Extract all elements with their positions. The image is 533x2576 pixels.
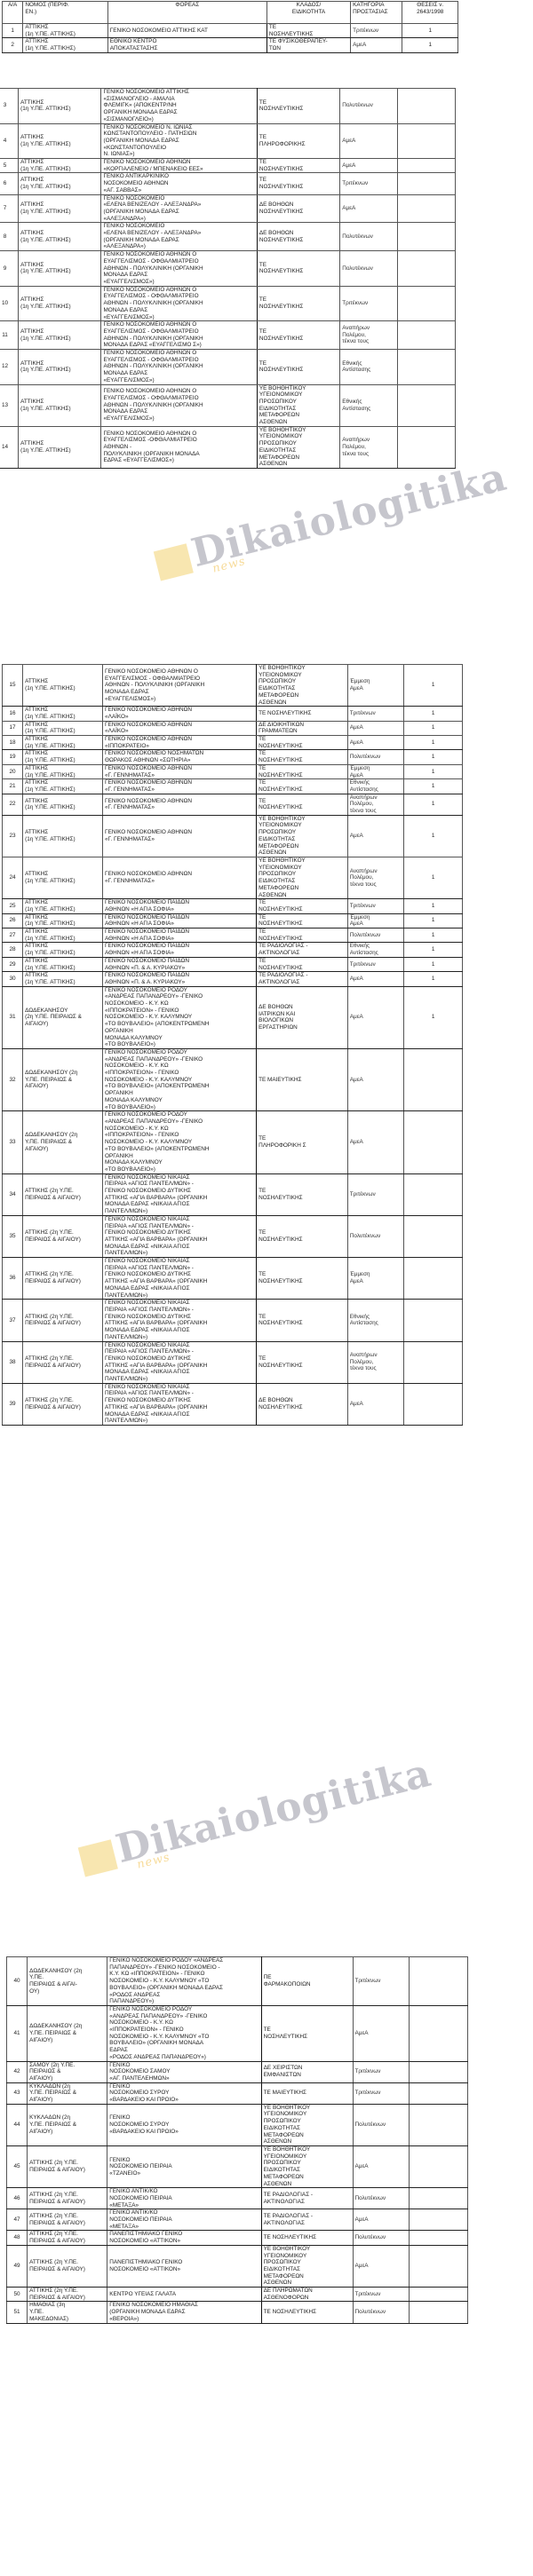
table-row: 36ΑΤΤΙΚΗΣ (2η Υ.ΠΕ. ΠΕΙΡΑΙΩΣ & ΑΙΓΑΙΟΥ)Γ… xyxy=(3,1258,463,1300)
cell-theseis: 1 xyxy=(404,707,463,721)
cell-nomos: ΑΤΤΙΚΗΣ (1η Υ.ΠΕ. ΑΤΤΙΚΗΣ) xyxy=(23,928,103,943)
cell-katigoria: ΑμεΑ xyxy=(340,194,397,223)
cell-theseis xyxy=(410,2188,468,2209)
cell-klados: ΤΕ ΝΟΣΗΛΕΥΤΙΚΗΣ xyxy=(257,707,348,721)
cell-katigoria: Εθνικής Αντίστασης xyxy=(347,1300,403,1341)
cell-foreas: ΕΘΝΙΚΟ ΚΕΝΤΡΟ ΑΠΟΚΑΤΑΣΤΑΣΗΣ xyxy=(107,38,266,52)
cell-foreas: ΓΕΝΙΚΟ ΑΝΤΙΚ/ΚΟ ΝΟΣΟΚΟΜΕΙΟ ΠΕΙΡΑΙΑ «ΜΕΤΑ… xyxy=(107,2209,261,2231)
cell-aa: 28 xyxy=(3,943,23,957)
cell-aa: 15 xyxy=(3,665,23,707)
cell-nomos: ΑΤΤΙΚΗΣ (1η Υ.ΠΕ. ΑΤΤΙΚΗΣ) xyxy=(23,899,103,913)
cell-foreas: ΓΕΝΙΚΟ ΝΟΣΟΚΟΜΕΙΟ ΑΘΗΝΩΝ Ο ΕΥΑΓΓΕΛΙΣΜΟΣ … xyxy=(101,321,257,350)
cell-aa: 22 xyxy=(3,794,23,815)
table-row: 40ΔΩΔΕΚΑΝΗΣΟΥ (2η Υ.ΠΕ. ΠΕΙΡΑΙΩΣ & ΑΙΓΑΙ… xyxy=(7,1957,468,2006)
cell-aa: 5 xyxy=(0,159,19,173)
table-row: 37ΑΤΤΙΚΗΣ (2η Υ.ΠΕ. ΠΕΙΡΑΙΩΣ & ΑΙΓΑΙΟΥ)Γ… xyxy=(3,1300,463,1341)
cell-nomos: ΑΤΤΙΚΗΣ (1η Υ.ΠΕ. ΑΤΤΙΚΗΣ) xyxy=(23,957,103,971)
cell-klados: ΤΕ ΝΟΣΗΛΕΥΤΙΚΗΣ xyxy=(257,899,348,913)
cell-theseis: 1 xyxy=(404,764,463,778)
cell-aa: 4 xyxy=(0,123,19,159)
cell-theseis: 1 xyxy=(404,913,463,928)
cell-katigoria: Πολυτέκνων xyxy=(340,223,397,251)
table-row: 29ΑΤΤΙΚΗΣ (1η Υ.ΠΕ. ΑΤΤΙΚΗΣ)ΓΕΝΙΚΟ ΝΟΣΟΚ… xyxy=(3,957,463,971)
cell-klados: ΔΕ ΒΟΗΘΩΝ ΙΑΤΡΙΚΩΝ ΚΑΙ ΒΙΟΛΟΓΙΚΩΝ ΕΡΓΑΣΤ… xyxy=(257,986,348,1048)
table-row: 12ΑΤΤΙΚΗΣ (1η Υ.ΠΕ. ΑΤΤΙΚΗΣ)ΓΕΝΙΚΟ ΝΟΣΟΚ… xyxy=(0,350,456,385)
table-row: 16ΑΤΤΙΚΗΣ (1η Υ.ΠΕ. ΑΤΤΙΚΗΣ)ΓΕΝΙΚΟ ΝΟΣΟΚ… xyxy=(3,707,463,721)
cell-theseis: 1 xyxy=(404,972,463,986)
table-row: 27ΑΤΤΙΚΗΣ (1η Υ.ΠΕ. ΑΤΤΙΚΗΣ)ΓΕΝΙΚΟ ΝΟΣΟΚ… xyxy=(3,928,463,943)
table-row: 17ΑΤΤΙΚΗΣ (1η Υ.ΠΕ. ΑΤΤΙΚΗΣ)ΓΕΝΙΚΟ ΝΟΣΟΚ… xyxy=(3,721,463,735)
cell-foreas: ΓΕΝΙΚΟ ΝΟΣΟΚΟΜΕΙΟ ΑΘΗΝΩΝ «ΙΠΠΟΚΡΑΤΕΙΟ» xyxy=(103,736,257,750)
cell-foreas: ΓΕΝΙΚΟ ΝΟΣΟΚΟΜΕΙΟ ΝΙΚΑΙΑΣ ΠΕΙΡΑΙΑ «ΑΓΙΟΣ… xyxy=(103,1215,257,1257)
table-row: 45ΑΤΤΙΚΗΣ (2η Υ.ΠΕ. ΠΕΙΡΑΙΩΣ & ΑΙΓΑΙΟΥ)Γ… xyxy=(7,2145,468,2187)
cell-foreas: ΓΕΝΙΚΟ ΝΟΣΟΚΟΜΕΙΟ ΝΙΚΑΙΑΣ ΠΕΙΡΑΙΑ «ΑΓΙΟΣ… xyxy=(103,1341,257,1383)
cell-klados: ΤΕ ΡΑΔΙΟΛΟΓΙΑΣ - ΑΚΤΙΝΟΛΟΓΙΑΣ xyxy=(261,2209,353,2231)
table-row: 3ΑΤΤΙΚΗΣ (1η Υ.ΠΕ. ΑΤΤΙΚΗΣ)ΓΕΝΙΚΟ ΝΟΣΟΚΟ… xyxy=(0,89,456,124)
cell-nomos: ΚΥΚΛΑΔΩΝ (2η Υ.ΠΕ. ΠΕΙΡΑΙΩΣ & ΑΙΓΑΙΟΥ) xyxy=(28,2082,107,2104)
cell-nomos: ΔΩΔΕΚΑΝΗΣΟΥ (2η Υ.ΠΕ. ΠΕΙΡΑΙΩΣ & ΑΙΓΑΙΟΥ… xyxy=(23,1048,103,1110)
cell-theseis: 1 xyxy=(404,736,463,750)
cell-nomos: ΑΤΤΙΚΗΣ (1η Υ.ΠΕ. ΑΤΤΙΚΗΣ) xyxy=(19,286,101,321)
cell-theseis xyxy=(410,2145,468,2187)
table-row: 25ΑΤΤΙΚΗΣ (1η Υ.ΠΕ. ΑΤΤΙΚΗΣ)ΓΕΝΙΚΟ ΝΟΣΟΚ… xyxy=(3,899,463,913)
table-row: 47ΑΤΤΙΚΗΣ (2η Υ.ΠΕ. ΠΕΙΡΑΙΩΣ & ΑΙΓΑΙΟΥ)Γ… xyxy=(7,2209,468,2231)
cell-nomos: ΑΤΤΙΚΗΣ (2η Υ.ΠΕ. ΠΕΙΡΑΙΩΣ & ΑΙΓΑΙΟΥ) xyxy=(23,1300,103,1341)
table-row: 2ΑΤΤΙΚΗΣ (1η Υ.ΠΕ. ΑΤΤΙΚΗΣ)ΕΘΝΙΚΟ ΚΕΝΤΡΟ… xyxy=(3,38,458,52)
table-row: 33ΔΩΔΕΚΑΝΗΣΟΥ (2η Υ.ΠΕ. ΠΕΙΡΑΙΩΣ & ΑΙΓΑΙ… xyxy=(3,1111,463,1173)
cell-katigoria: Πολυτέκνων xyxy=(353,2104,410,2145)
cell-katigoria: ΑμεΑ xyxy=(353,2005,410,2061)
table-row: 26ΑΤΤΙΚΗΣ (1η Υ.ΠΕ. ΑΤΤΙΚΗΣ)ΓΕΝΙΚΟ ΝΟΣΟΚ… xyxy=(3,913,463,928)
cell-klados: ΤΕ ΦΥΣΙΚΟΘΕΡΑΠΕΥ- ΤΩΝ xyxy=(266,38,350,52)
header-foreas: ΦΟΡΕΑΣ xyxy=(107,2,266,24)
cell-aa: 1 xyxy=(3,24,23,38)
cell-katigoria: ΑμεΑ xyxy=(347,986,403,1048)
cell-nomos: ΗΜΑΘΙΑΣ (3η Υ.ΠΕ. ΜΑΚΕΔΟΝΙΑΣ) xyxy=(28,2302,107,2323)
cell-aa: 32 xyxy=(3,1048,23,1110)
cell-katigoria: Πολυτέκνων xyxy=(340,89,397,124)
cell-foreas: ΓΕΝΙΚΟ ΝΟΣΟΚΟΜΕΙΟ ΑΘΗΝΩΝ Ο ΕΥΑΓΓΕΛΙΣΜΟΣ … xyxy=(101,426,257,468)
cell-nomos: ΑΤΤΙΚΗΣ (1η Υ.ΠΕ. ΑΤΤΙΚΗΣ) xyxy=(23,736,103,750)
cell-katigoria: ΑμεΑ xyxy=(347,1048,403,1110)
cell-nomos: ΔΩΔΕΚΑΝΗΣΟΥ (2η Υ.ΠΕ. ΠΕΙΡΑΙΩΣ & ΑΙΓΑΙΟΥ… xyxy=(23,1111,103,1173)
cell-katigoria: ΑμεΑ xyxy=(347,736,403,750)
dikaiologitika-logo-icon xyxy=(154,543,194,581)
cell-katigoria: ΑμεΑ xyxy=(347,815,403,857)
cell-foreas: ΓΕΝΙΚΟ ΝΟΣΟΚΟΜΕΙΟ ΣΥΡΟΥ «ΒΑΡΔΑΚΕΙΟ ΚΑΙ Π… xyxy=(107,2104,261,2145)
table-row: 39ΑΤΤΙΚΗΣ (2η Υ.ΠΕ. ΠΕΙΡΑΙΩΣ & ΑΙΓΑΙΟΥ)Γ… xyxy=(3,1383,463,1425)
cell-nomos: ΑΤΤΙΚΗΣ (1η Υ.ΠΕ. ΑΤΤΙΚΗΣ) xyxy=(23,721,103,735)
cell-katigoria: Αναπήρων Πολέμου, τέκνα τους xyxy=(347,1341,403,1383)
cell-nomos: ΑΤΤΙΚΗΣ (1η Υ.ΠΕ. ΑΤΤΙΚΗΣ) xyxy=(23,750,103,764)
cell-foreas: ΓΕΝΙΚΟ ΝΟΣΟΚΟΜΕΙΟ «ΕΛΕΝΑ ΒΕΝΙΖΕΛΟΥ - ΑΛΕ… xyxy=(101,223,257,251)
cell-nomos: ΑΤΤΙΚΗΣ (2η Υ.ΠΕ. ΠΕΙΡΑΙΩΣ & ΑΙΓΑΙΟΥ) xyxy=(28,2145,107,2187)
cell-theseis xyxy=(410,2104,468,2145)
cell-klados: ΤΕ ΝΟΣΗΛΕΥΤΙΚΗΣ xyxy=(257,159,339,173)
cell-klados: ΤΕ ΝΟΣΗΛΕΥΤΙΚΗΣ xyxy=(257,913,348,928)
cell-foreas: ΓΕΝΙΚΟ ΝΟΣΟΚΟΜΕΙΟ ΡΟΔΟΥ «ΑΝΔΡΕΑΣ ΠΑΠΑΝΔΡ… xyxy=(107,2005,261,2061)
cell-nomos: ΑΤΤΙΚΗΣ (2η Υ.ΠΕ. ΠΕΙΡΑΙΩΣ & ΑΙΓΑΙΟΥ) xyxy=(23,1341,103,1383)
cell-nomos: ΑΤΤΙΚΗΣ (2η Υ.ΠΕ. ΠΕΙΡΑΙΩΣ & ΑΙΓΑΙΟΥ) xyxy=(23,1173,103,1215)
cell-nomos: ΑΤΤΙΚΗΣ (2η Υ.ΠΕ. ΠΕΙΡΑΙΩΣ & ΑΙΓΑΙΟΥ) xyxy=(23,1215,103,1257)
cell-klados: ΔΕ ΔΙΟΙΚΗΤΙΚΩΝ ΓΡΑΜΜΑΤΕΩΝ xyxy=(257,721,348,735)
cell-klados: ΤΕ ΝΟΣΗΛΕΥΤΙΚΗΣ xyxy=(257,1258,348,1300)
table-row: 43ΚΥΚΛΑΔΩΝ (2η Υ.ΠΕ. ΠΕΙΡΑΙΩΣ & ΑΙΓΑΙΟΥ)… xyxy=(7,2082,468,2104)
table-row: 38ΑΤΤΙΚΗΣ (2η Υ.ΠΕ. ΠΕΙΡΑΙΩΣ & ΑΙΓΑΙΟΥ)Γ… xyxy=(3,1341,463,1383)
cell-theseis: 1 xyxy=(404,857,463,898)
cell-nomos: ΑΤΤΙΚΗΣ (1η Υ.ΠΕ. ΑΤΤΙΚΗΣ) xyxy=(19,426,101,468)
table-row: 21ΑΤΤΙΚΗΣ (1η Υ.ΠΕ. ΑΤΤΙΚΗΣ)ΓΕΝΙΚΟ ΝΟΣΟΚ… xyxy=(3,779,463,794)
cell-klados: ΠΕ ΦΑΡΜΑΚΟΠΟΙΩΝ xyxy=(261,1957,353,2006)
cell-katigoria: Τριτέκνων xyxy=(340,286,397,321)
cell-theseis xyxy=(404,1383,463,1425)
table-row: 6ΑΤΤΙΚΗΣ (1η Υ.ΠΕ. ΑΤΤΙΚΗΣ)ΓΕΝΙΚΟ ΑΝΤΙΚΑ… xyxy=(0,173,456,194)
cell-aa: 43 xyxy=(7,2082,28,2104)
cell-nomos: ΑΤΤΙΚΗΣ (1η Υ.ΠΕ. ΑΤΤΙΚΗΣ) xyxy=(19,123,101,159)
cell-katigoria: ΑμεΑ xyxy=(353,2245,410,2287)
table-row: 32ΔΩΔΕΚΑΝΗΣΟΥ (2η Υ.ΠΕ. ΠΕΙΡΑΙΩΣ & ΑΙΓΑΙ… xyxy=(3,1048,463,1110)
cell-nomos: ΑΤΤΙΚΗΣ (2η Υ.ΠΕ. ΠΕΙΡΑΙΩΣ & ΑΙΓΑΙΟΥ) xyxy=(28,2209,107,2231)
cell-nomos: ΚΥΚΛΑΔΩΝ (2η Υ.ΠΕ. ΠΕΙΡΑΙΩΣ & ΑΙΓΑΙΟΥ) xyxy=(28,2104,107,2145)
cell-foreas: ΓΕΝΙΚΟ ΝΟΣΟΚΟΜΕΙΟ ΠΑΙΔΩΝ ΑΘΗΝΩΝ «Η ΑΓΙΑ … xyxy=(103,913,257,928)
cell-foreas: ΓΕΝΙΚΟ ΝΟΣΟΚΟΜΕΙΟ ΝΙΚΑΙΑΣ ΠΕΙΡΑΙΑ «ΑΓΙΟΣ… xyxy=(103,1258,257,1300)
table-row: 20ΑΤΤΙΚΗΣ (1η Υ.ΠΕ. ΑΤΤΙΚΗΣ)ΓΕΝΙΚΟ ΝΟΣΟΚ… xyxy=(3,764,463,778)
cell-theseis xyxy=(410,1957,468,2006)
cell-nomos: ΑΤΤΙΚΗΣ (1η Υ.ΠΕ. ΑΤΤΙΚΗΣ) xyxy=(19,321,101,350)
cell-theseis xyxy=(397,251,455,287)
cell-aa: 9 xyxy=(0,251,19,287)
cell-theseis xyxy=(404,1215,463,1257)
cell-aa: 35 xyxy=(3,1215,23,1257)
cell-aa: 46 xyxy=(7,2188,28,2209)
cell-foreas: ΓΕΝΙΚΟ ΝΟΣΟΚΟΜΕΙΟ ΡΟΔΟΥ «ΑΝΔΡΕΑΣ ΠΑΠΑΝΔΡ… xyxy=(103,986,257,1048)
cell-foreas: ΓΕΝΙΚΟ ΝΟΣΟΚΟΜΕΙΟ ΑΘΗΝΩΝ «Γ. ΓΕΝΝΗΜΑΤΑΣ» xyxy=(103,794,257,815)
cell-nomos: ΑΤΤΙΚΗΣ (2η Υ.ΠΕ. ΠΕΙΡΑΙΩΣ & ΑΙΓΑΙΟΥ) xyxy=(23,1258,103,1300)
cell-katigoria: ΑμεΑ xyxy=(353,2145,410,2187)
cell-aa: 7 xyxy=(0,194,19,223)
cell-katigoria: Πολυτέκνων xyxy=(347,928,403,943)
cell-aa: 51 xyxy=(7,2302,28,2323)
cell-katigoria: Εθνικής Αντίστασης xyxy=(347,943,403,957)
watermark-logo: Dikaiologitika news xyxy=(76,1750,436,1882)
cell-klados: ΤΕ ΠΛΗΡΟΦΟΡΙΚΗ Σ xyxy=(257,1111,348,1173)
cell-aa: 24 xyxy=(3,857,23,898)
cell-klados: ΥΕ ΒΟΗΘΗΤΙΚΟΥ ΥΓΕΙΟΝΟΜΙΚΟΥ ΠΡΟΣΩΠΙΚΟΥ ΕΙ… xyxy=(257,857,348,898)
cell-klados: ΤΕ ΝΟΣΗΛΕΥΤΙΚΗΣ xyxy=(257,736,348,750)
cell-theseis xyxy=(404,1258,463,1300)
watermark-logo: Dikaiologitika news xyxy=(151,454,512,586)
cell-foreas: ΓΕΝΙΚΟ ΝΟΣΟΚΟΜΕΙΟ ΑΘΗΝΩΝ Ο ΕΥΑΓΓΕΛΙΣΜΟΣ … xyxy=(101,350,257,385)
cell-foreas: ΓΕΝΙΚΟ ΝΟΣΟΚΟΜΕΙΟ ΑΘΗΝΩΝ «Γ. ΓΕΝΝΗΜΑΤΑΣ» xyxy=(103,779,257,794)
cell-nomos: ΑΤΤΙΚΗΣ (2η Υ.ΠΕ. ΠΕΙΡΑΙΩΣ & ΑΙΓΑΙΟΥ) xyxy=(28,2288,107,2302)
cell-foreas: ΓΕΝΙΚΟ ΝΟΣΟΚΟΜΕΙΟ Ν. ΙΩΝΙΑΣ ΚΩΝΣΤΑΝΤΟΠΟΥ… xyxy=(101,123,257,159)
cell-theseis xyxy=(410,2288,468,2302)
cell-katigoria: Τριτέκνων xyxy=(347,957,403,971)
cell-katigoria: Πολυτέκνων xyxy=(347,750,403,764)
cell-theseis xyxy=(410,2005,468,2061)
positions-table-segment-3: 15ΑΤΤΙΚΗΣ (1η Υ.ΠΕ. ΑΤΤΙΚΗΣ)ΓΕΝΙΚΟ ΝΟΣΟΚ… xyxy=(2,664,463,1426)
cell-aa: 34 xyxy=(3,1173,23,1215)
cell-foreas: ΓΕΝΙΚΟ ΝΟΣΟΚΟΜΕΙΟ ΝΟΣΗΜΑΤΩΝ ΘΩΡΑΚΟΣ ΑΘΗΝ… xyxy=(103,750,257,764)
cell-foreas: ΓΕΝΙΚΟ ΝΟΣΟΚΟΜΕΙΟ ΑΘΗΝΩΝ Ο ΕΥΑΓΓΕΛΙΣΜΟΣ … xyxy=(101,384,257,426)
table-row: 4ΑΤΤΙΚΗΣ (1η Υ.ΠΕ. ΑΤΤΙΚΗΣ)ΓΕΝΙΚΟ ΝΟΣΟΚΟ… xyxy=(0,123,456,159)
cell-theseis: 1 xyxy=(404,779,463,794)
cell-foreas: ΓΕΝΙΚΟ ΝΟΣΟΚΟΜΕΙΟ ΝΙΚΑΙΑΣ ΠΕΙΡΑΙΑ «ΑΓΙΟΣ… xyxy=(103,1300,257,1341)
cell-nomos: ΑΤΤΙΚΗΣ (1η Υ.ΠΕ. ΑΤΤΙΚΗΣ) xyxy=(23,707,103,721)
cell-foreas: ΓΕΝΙΚΟ ΝΟΣΟΚΟΜΕΙΟ ΠΑΙΔΩΝ ΑΘΗΝΩΝ «Η ΑΓΙΑ … xyxy=(103,899,257,913)
cell-foreas: ΓΕΝΙΚΟ ΝΟΣΟΚΟΜΕΙΟ ΑΘΗΝΩΝ «ΛΑΪΚΟ» xyxy=(103,707,257,721)
cell-nomos: ΣΑΜΟΥ (2η Υ.ΠΕ. ΠΕΙΡΑΙΩΣ & ΑΙΓΑΙΟΥ) xyxy=(28,2061,107,2082)
cell-aa: 42 xyxy=(7,2061,28,2082)
cell-aa: 31 xyxy=(3,986,23,1048)
cell-katigoria: Πολυτέκνων xyxy=(347,1215,403,1257)
cell-klados: ΤΕ ΝΟΣΗΛΕΥΤΙΚΗΣ xyxy=(257,750,348,764)
cell-klados: ΤΕ ΡΑΔΙΟΛΟΓΙΑΣ - ΑΚΤΙΝΟΛΟΓΙΑΣ xyxy=(261,2188,353,2209)
cell-theseis xyxy=(404,1173,463,1215)
header-theseis: ΘΕΣΕΙΣ ν. 2643/1998 xyxy=(402,2,458,24)
cell-klados: ΥΕ ΒΟΗΘΗΤΙΚΟΥ ΥΓΕΙΟΝΟΜΙΚΟΥ ΠΡΟΣΩΠΙΚΟΥ ΕΙ… xyxy=(261,2145,353,2187)
cell-foreas: ΓΕΝΙΚΟ ΝΟΣΟΚΟΜΕΙΟ ΑΘΗΝΩΝ «ΛΑΪΚΟ» xyxy=(103,721,257,735)
cell-foreas: ΓΕΝΙΚΟ ΝΟΣΟΚΟΜΕΙΟ ΠΑΙΔΩΝ ΑΘΗΝΩΝ «Π. & Α.… xyxy=(103,972,257,986)
cell-aa: 36 xyxy=(3,1258,23,1300)
cell-theseis: 1 xyxy=(404,957,463,971)
cell-theseis xyxy=(397,123,455,159)
cell-klados: ΤΕ ΝΟΣΗΛΕΥΤΙΚΗΣ xyxy=(257,251,339,287)
table-row: 23ΑΤΤΙΚΗΣ (1η Υ.ΠΕ. ΑΤΤΙΚΗΣ)ΓΕΝΙΚΟ ΝΟΣΟΚ… xyxy=(3,815,463,857)
table-row: 50ΑΤΤΙΚΗΣ (2η Υ.ΠΕ. ΠΕΙΡΑΙΩΣ & ΑΙΓΑΙΟΥ)Κ… xyxy=(7,2288,468,2302)
cell-aa: 26 xyxy=(3,913,23,928)
cell-katigoria: ΑμεΑ xyxy=(351,38,402,52)
cell-klados: ΤΕ ΝΟΣΗΛΕΥΤΙΚΗΣ xyxy=(257,928,348,943)
cell-katigoria: Αναπήρων Πολέμου, τέκνα τους xyxy=(347,857,403,898)
cell-nomos: ΑΤΤΙΚΗΣ (1η Υ.ΠΕ. ΑΤΤΙΚΗΣ) xyxy=(23,24,107,38)
cell-aa: 8 xyxy=(0,223,19,251)
cell-theseis xyxy=(397,89,455,124)
dikaiologitika-logo-icon xyxy=(78,1839,118,1877)
cell-katigoria: ΑμεΑ xyxy=(353,2209,410,2231)
cell-aa: 19 xyxy=(3,750,23,764)
cell-klados: ΤΕ ΝΟΣΗΛΕΥΤΙΚΗΣ xyxy=(257,1341,348,1383)
cell-aa: 13 xyxy=(0,384,19,426)
cell-foreas: ΓΕΝΙΚΟ ΝΟΣΟΚΟΜΕΙΟ «ΕΛΕΝΑ ΒΕΝΙΖΕΛΟΥ - ΑΛΕ… xyxy=(101,194,257,223)
cell-katigoria: Έμμεση ΑμεΑ xyxy=(347,665,403,707)
cell-theseis xyxy=(410,2231,468,2245)
cell-klados: ΤΕ ΝΟΣΗΛΕΥΤΙΚΗΣ xyxy=(257,794,348,815)
cell-foreas: ΓΕΝΙΚΟ ΝΟΣΟΚΟΜΕΙΟ ΑΘΗΝΩΝ Ο ΕΥΑΓΓΕΛΙΣΜΟΣ … xyxy=(101,286,257,321)
cell-aa: 10 xyxy=(0,286,19,321)
cell-aa: 3 xyxy=(0,89,19,124)
cell-nomos: ΑΤΤΙΚΗΣ (1η Υ.ΠΕ. ΑΤΤΙΚΗΣ) xyxy=(19,251,101,287)
cell-klados: ΤΕ ΜΑΙΕΥΤΙΚΗΣ xyxy=(261,2082,353,2104)
cell-theseis: 1 xyxy=(404,899,463,913)
cell-theseis xyxy=(397,159,455,173)
cell-klados: ΤΕ ΜΑΙΕΥΤΙΚΗΣ xyxy=(257,1048,348,1110)
cell-foreas: ΓΕΝΙΚΟ ΝΟΣΟΚΟΜΕΙΟ ΣΑΜΟΥ «ΑΓ. ΠΑΝΤΕΛΕΗΜΩΝ… xyxy=(107,2061,261,2082)
cell-katigoria: Τριτέκνων xyxy=(353,2082,410,2104)
table-row: 11ΑΤΤΙΚΗΣ (1η Υ.ΠΕ. ΑΤΤΙΚΗΣ)ΓΕΝΙΚΟ ΝΟΣΟΚ… xyxy=(0,321,456,350)
header-katigoria: ΚΑΤΗΓΟΡΙΑ ΠΡΟΣΤΑΣΙΑΣ xyxy=(351,2,402,24)
cell-aa: 16 xyxy=(3,707,23,721)
cell-theseis: 1 xyxy=(404,750,463,764)
cell-klados: ΔΕ ΒΟΗΘΩΝ ΝΟΣΗΛΕΥΤΙΚΗΣ xyxy=(257,194,339,223)
cell-theseis xyxy=(397,194,455,223)
cell-katigoria: Τριτέκνων xyxy=(353,2288,410,2302)
cell-foreas: ΓΕΝΙΚΟ ΝΟΣΟΚΟΜΕΙΟ ΑΤΤΙΚΗΣ «ΣΙΣΜΑΝΟΓΛΕΙΟ … xyxy=(101,89,257,124)
positions-table-segment-1: Α/Α ΝΟΜΟΣ (ΠΕΡΙΦ. ΕΝ.) ΦΟΡΕΑΣ ΚΛΑΔΟΣ/ ΕΙ… xyxy=(2,1,458,53)
cell-theseis: 1 xyxy=(404,794,463,815)
cell-klados: ΤΕ ΝΟΣΗΛΕΥΤΙΚΗΣ xyxy=(257,779,348,794)
cell-klados: ΤΕ ΝΟΣΗΛΕΥΤΙΚΗΣ xyxy=(257,350,339,385)
cell-theseis xyxy=(410,2061,468,2082)
cell-klados: ΤΕ ΝΟΣΗΛΕΥΤΙΚΗΣ xyxy=(257,173,339,194)
cell-nomos: ΑΤΤΙΚΗΣ (1η Υ.ΠΕ. ΑΤΤΙΚΗΣ) xyxy=(19,173,101,194)
cell-foreas: ΓΕΝΙΚΟ ΝΟΣΟΚΟΜΕΙΟ ΑΘΗΝΩΝ «ΚΟΡΓΙΑΛΕΝΕΙΟ /… xyxy=(101,159,257,173)
cell-nomos: ΑΤΤΙΚΗΣ (1η Υ.ΠΕ. ΑΤΤΙΚΗΣ) xyxy=(23,38,107,52)
cell-katigoria: Εθνικής Αντίστασης xyxy=(340,384,397,426)
cell-klados: ΤΕ ΝΟΣΗΛΕΥΤΙΚΗΣ xyxy=(257,89,339,124)
cell-klados: ΥΕ ΒΟΗΘΗΤΙΚΟΥ ΥΓΕΙΟΝΟΜΙΚΟΥ ΠΡΟΣΩΠΙΚΟΥ ΕΙ… xyxy=(257,384,339,426)
cell-katigoria: ΑμεΑ xyxy=(347,1111,403,1173)
cell-katigoria: Πολυτέκνων xyxy=(353,2302,410,2323)
cell-klados: ΤΕ ΡΑΔΙΟΛΟΓΙΑΣ - ΑΚΤΙΝΟΛΟΓΙΑΣ xyxy=(257,972,348,986)
cell-theseis xyxy=(397,350,455,385)
cell-klados: ΤΕ ΝΟΣΗΛΕΥΤΙΚΗΣ xyxy=(261,2231,353,2245)
cell-foreas: ΓΕΝΙΚΟ ΝΟΣΟΚΟΜΕΙΟ ΑΘΗΝΩΝ «Γ. ΓΕΝΝΗΜΑΤΑΣ» xyxy=(103,764,257,778)
cell-foreas: ΓΕΝΙΚΟ ΝΟΣΟΚΟΜΕΙΟ ΣΥΡΟΥ «ΒΑΡΔΑΚΕΙΟ ΚΑΙ Π… xyxy=(107,2082,261,2104)
cell-aa: 49 xyxy=(7,2245,28,2287)
cell-katigoria: Τριτέκνων xyxy=(347,1173,403,1215)
cell-katigoria: ΑμεΑ xyxy=(347,972,403,986)
cell-nomos: ΔΩΔΕΚΑΝΗΣΟΥ (2η Υ.ΠΕ. ΠΕΙΡΑΙΩΣ & ΑΙΓΑΙΟΥ… xyxy=(28,2005,107,2061)
table-row: 35ΑΤΤΙΚΗΣ (2η Υ.ΠΕ. ΠΕΙΡΑΙΩΣ & ΑΙΓΑΙΟΥ)Γ… xyxy=(3,1215,463,1257)
table-row: 1ΑΤΤΙΚΗΣ (1η Υ.ΠΕ. ΑΤΤΙΚΗΣ)ΓΕΝΙΚΟ ΝΟΣΟΚΟ… xyxy=(3,24,458,38)
cell-aa: 2 xyxy=(3,38,23,52)
cell-aa: 33 xyxy=(3,1111,23,1173)
cell-aa: 12 xyxy=(0,350,19,385)
cell-foreas: ΓΕΝΙΚΟ ΝΟΣΟΚΟΜΕΙΟ ΝΙΚΑΙΑΣ ΠΕΙΡΑΙΑ «ΑΓΙΟΣ… xyxy=(103,1383,257,1425)
cell-theseis xyxy=(410,2245,468,2287)
cell-katigoria: Τριτέκνων xyxy=(347,707,403,721)
cell-foreas: ΓΕΝΙΚΟ ΑΝΤΙΚ/ΚΟ ΝΟΣΟΚΟΜΕΙΟ ΠΕΙΡΑΙΑ «ΜΕΤΑ… xyxy=(107,2188,261,2209)
cell-aa: 38 xyxy=(3,1341,23,1383)
cell-klados: ΤΕ ΝΟΣΗΛΕΥΤΙΚΗΣ xyxy=(257,1215,348,1257)
cell-nomos: ΑΤΤΙΚΗΣ (1η Υ.ΠΕ. ΑΤΤΙΚΗΣ) xyxy=(19,223,101,251)
cell-katigoria: Πολυτέκνων xyxy=(353,2231,410,2245)
table-row: 18ΑΤΤΙΚΗΣ (1η Υ.ΠΕ. ΑΤΤΙΚΗΣ)ΓΕΝΙΚΟ ΝΟΣΟΚ… xyxy=(3,736,463,750)
cell-theseis xyxy=(397,384,455,426)
cell-theseis xyxy=(397,426,455,468)
cell-nomos: ΑΤΤΙΚΗΣ (1η Υ.ΠΕ. ΑΤΤΙΚΗΣ) xyxy=(23,665,103,707)
cell-katigoria: Εθνικής Αντίστασης xyxy=(340,350,397,385)
cell-nomos: ΑΤΤΙΚΗΣ (2η Υ.ΠΕ. ΠΕΙΡΑΙΩΣ & ΑΙΓΑΙΟΥ) xyxy=(28,2231,107,2245)
table-row: 46ΑΤΤΙΚΗΣ (2η Υ.ΠΕ. ΠΕΙΡΑΙΩΣ & ΑΙΓΑΙΟΥ)Γ… xyxy=(7,2188,468,2209)
cell-theseis xyxy=(404,1048,463,1110)
cell-nomos: ΑΤΤΙΚΗΣ (1η Υ.ΠΕ. ΑΤΤΙΚΗΣ) xyxy=(23,972,103,986)
positions-table-segment-2: 3ΑΤΤΙΚΗΣ (1η Υ.ΠΕ. ΑΤΤΙΚΗΣ)ΓΕΝΙΚΟ ΝΟΣΟΚΟ… xyxy=(0,88,456,469)
cell-aa: 40 xyxy=(7,1957,28,2006)
cell-klados: ΤΕ ΝΟΣΗΛΕΥΤΙΚΗΣ xyxy=(257,1300,348,1341)
cell-nomos: ΔΩΔΕΚΑΝΗΣΟΥ (2η Υ.ΠΕ. ΠΕΙΡΑΙΩΣ & ΑΙΓΑΙ- … xyxy=(28,1957,107,2006)
cell-foreas: ΓΕΝΙΚΟ ΝΟΣΟΚΟΜΕΙΟ ΡΟΔΟΥ «ΑΝΔΡΕΑΣ ΠΑΠΑΝΔΡ… xyxy=(103,1111,257,1173)
cell-foreas: ΓΕΝΙΚΟ ΑΝΤΙΚΑΡΚΙΝΙΚΟ ΝΟΣΟΚΟΜΕΙΟ ΑΘΗΝΩΝ «… xyxy=(101,173,257,194)
cell-aa: 48 xyxy=(7,2231,28,2245)
cell-aa: 14 xyxy=(0,426,19,468)
cell-klados: ΤΕ ΝΟΣΗΛΕΥΤΙΚΗΣ xyxy=(261,2302,353,2323)
cell-theseis xyxy=(397,173,455,194)
table-row: 34ΑΤΤΙΚΗΣ (2η Υ.ΠΕ. ΠΕΙΡΑΙΩΣ & ΑΙΓΑΙΟΥ)Γ… xyxy=(3,1173,463,1215)
cell-nomos: ΑΤΤΙΚΗΣ (1η Υ.ΠΕ. ΑΤΤΙΚΗΣ) xyxy=(23,779,103,794)
cell-theseis xyxy=(410,2082,468,2104)
table-row: 51ΗΜΑΘΙΑΣ (3η Υ.ΠΕ. ΜΑΚΕΔΟΝΙΑΣ)ΓΕΝΙΚΟ ΝΟ… xyxy=(7,2302,468,2323)
cell-nomos: ΑΤΤΙΚΗΣ (1η Υ.ΠΕ. ΑΤΤΙΚΗΣ) xyxy=(23,857,103,898)
header-klados: ΚΛΑΔΟΣ/ ΕΙΔΙΚΟΤΗΤΑ xyxy=(266,2,350,24)
table-row: 8ΑΤΤΙΚΗΣ (1η Υ.ΠΕ. ΑΤΤΙΚΗΣ)ΓΕΝΙΚΟ ΝΟΣΟΚΟ… xyxy=(0,223,456,251)
cell-katigoria: ΑμεΑ xyxy=(340,123,397,159)
cell-aa: 44 xyxy=(7,2104,28,2145)
cell-klados: ΤΕ ΡΑΔΙΟΛΟΓΙΑΣ - ΑΚΤΙΝΟΛΟΓΙΑΣ xyxy=(257,943,348,957)
cell-katigoria: Πολυτέκνων xyxy=(353,2188,410,2209)
cell-aa: 45 xyxy=(7,2145,28,2187)
cell-katigoria: Εθνικής Αντίστασης xyxy=(347,779,403,794)
cell-theseis xyxy=(397,223,455,251)
table-row: 7ΑΤΤΙΚΗΣ (1η Υ.ΠΕ. ΑΤΤΙΚΗΣ)ΓΕΝΙΚΟ ΝΟΣΟΚΟ… xyxy=(0,194,456,223)
cell-katigoria: Αναπήρων Πολέμου, τέκνα τους xyxy=(340,321,397,350)
cell-aa: 37 xyxy=(3,1300,23,1341)
cell-foreas: ΓΕΝΙΚΟ ΝΟΣΟΚΟΜΕΙΟ ΗΜΑΘΙΑΣ (ΟΡΓΑΝΙΚΗ ΜΟΝΑ… xyxy=(107,2302,261,2323)
table-row: 41ΔΩΔΕΚΑΝΗΣΟΥ (2η Υ.ΠΕ. ΠΕΙΡΑΙΩΣ & ΑΙΓΑΙ… xyxy=(7,2005,468,2061)
cell-nomos: ΑΤΤΙΚΗΣ (1η Υ.ΠΕ. ΑΤΤΙΚΗΣ) xyxy=(19,194,101,223)
table-row: 30ΑΤΤΙΚΗΣ (1η Υ.ΠΕ. ΑΤΤΙΚΗΣ)ΓΕΝΙΚΟ ΝΟΣΟΚ… xyxy=(3,972,463,986)
cell-aa: 41 xyxy=(7,2005,28,2061)
cell-aa: 30 xyxy=(3,972,23,986)
cell-aa: 25 xyxy=(3,899,23,913)
cell-aa: 27 xyxy=(3,928,23,943)
cell-foreas: ΓΕΝΙΚΟ ΝΟΣΟΚΟΜΕΙΟ ΠΑΙΔΩΝ ΑΘΗΝΩΝ «Η ΑΓΙΑ … xyxy=(103,928,257,943)
cell-theseis: 1 xyxy=(402,38,458,52)
cell-theseis xyxy=(404,1111,463,1173)
cell-aa: 21 xyxy=(3,779,23,794)
cell-katigoria: ΑμεΑ xyxy=(347,721,403,735)
cell-katigoria: Έμμεση ΑμεΑ xyxy=(347,913,403,928)
cell-foreas: ΓΕΝΙΚΟ ΝΟΣΟΚΟΜΕΙΟ ΠΕΙΡΑΙΑ «ΤΖΑΝΕΙΟ» xyxy=(107,2145,261,2187)
table-row: 22ΑΤΤΙΚΗΣ (1η Υ.ΠΕ. ΑΤΤΙΚΗΣ)ΓΕΝΙΚΟ ΝΟΣΟΚ… xyxy=(3,794,463,815)
cell-klados: ΤΕ ΝΟΣΗΛΕΥΤΙΚΗΣ xyxy=(257,321,339,350)
cell-aa: 6 xyxy=(0,173,19,194)
cell-aa: 50 xyxy=(7,2288,28,2302)
cell-foreas: ΓΕΝΙΚΟ ΝΟΣΟΚΟΜΕΙΟ ΑΘΗΝΩΝ «Γ. ΓΕΝΝΗΜΑΤΑΣ» xyxy=(103,815,257,857)
cell-theseis xyxy=(404,1300,463,1341)
cell-klados: ΤΕ ΝΟΣΗΛΕΥΤΙΚΗΣ xyxy=(257,286,339,321)
cell-nomos: ΑΤΤΙΚΗΣ (1η Υ.ΠΕ. ΑΤΤΙΚΗΣ) xyxy=(19,89,101,124)
cell-klados: ΤΕ ΝΟΣΗΛΕΥΤΙΚΗΣ xyxy=(257,1173,348,1215)
table-row: 48ΑΤΤΙΚΗΣ (2η Υ.ΠΕ. ΠΕΙΡΑΙΩΣ & ΑΙΓΑΙΟΥ)Π… xyxy=(7,2231,468,2245)
cell-klados: ΥΕ ΒΟΗΘΗΤΙΚΟΥ ΥΓΕΙΟΝΟΜΙΚΟΥ ΠΡΟΣΩΠΙΚΟΥ ΕΙ… xyxy=(257,426,339,468)
cell-katigoria: Τριτέκνων xyxy=(351,24,402,38)
cell-klados: ΤΕ ΝΟΣΗΛΕΥΤΙΚΗΣ xyxy=(266,24,350,38)
cell-foreas: ΚΕΝΤΡΟ ΥΓΕΙΑΣ ΓΑΛΑΤΑ xyxy=(107,2288,261,2302)
positions-table-segment-4: 40ΔΩΔΕΚΑΝΗΣΟΥ (2η Υ.ΠΕ. ΠΕΙΡΑΙΩΣ & ΑΙΓΑΙ… xyxy=(6,1956,468,2324)
table-row: 10ΑΤΤΙΚΗΣ (1η Υ.ΠΕ. ΑΤΤΙΚΗΣ)ΓΕΝΙΚΟ ΝΟΣΟΚ… xyxy=(0,286,456,321)
cell-klados: ΥΕ ΒΟΗΘΗΤΙΚΟΥ ΥΓΕΙΟΝΟΜΙΚΟΥ ΠΡΟΣΩΠΙΚΟΥ ΕΙ… xyxy=(257,665,348,707)
cell-theseis: 1 xyxy=(402,24,458,38)
header-aa: Α/Α xyxy=(3,2,23,24)
cell-klados: ΤΕ ΝΟΣΗΛΕΥΤΙΚΗΣ xyxy=(257,957,348,971)
table-row: 31ΔΩΔΕΚΑΝΗΣΟΥ (2η Υ.ΠΕ. ΠΕΙΡΑΙΩΣ & ΑΙΓΑΙ… xyxy=(3,986,463,1048)
cell-theseis xyxy=(410,2209,468,2231)
cell-foreas: ΓΕΝΙΚΟ ΝΟΣΟΚΟΜΕΙΟ ΝΙΚΑΙΑΣ ΠΕΙΡΑΙΑ «ΑΓΙΟΣ… xyxy=(103,1173,257,1215)
cell-klados: ΔΕ ΒΟΗΘΩΝ ΝΟΣΗΛΕΥΤΙΚΗΣ xyxy=(257,1383,348,1425)
cell-katigoria: Αναπήρων Πολέμου, τέκνα τους xyxy=(340,426,397,468)
